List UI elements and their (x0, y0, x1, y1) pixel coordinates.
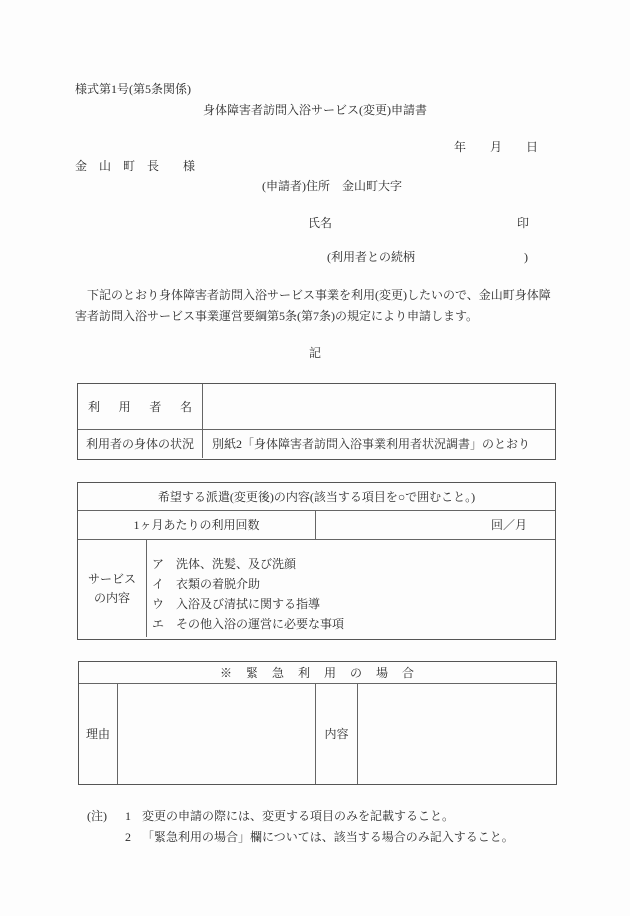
note-2-number: 2 (125, 827, 142, 848)
note-line-1: (注) 1 変更の申請の際には、変更する項目のみを記載すること。 (87, 806, 514, 827)
service-content-label-line1: サービス (88, 570, 136, 589)
service-items-area: ア 洗体、洗髪、及び洗顔 イ 衣類の着脱介助 ウ 入浴及び清拭に関する指導 エ … (147, 540, 555, 637)
application-statement-line1: 下記のとおり身体障害者訪問入浴サービス事業を利用(変更)したいので、金山町身体障 (75, 285, 551, 306)
relation-close-paren: ) (524, 251, 528, 263)
service-content-label-cell: サービス の内容 (78, 540, 147, 637)
service-request-table: 希望する派遣(変更後)の内容(該当する項目を○で囲むこと。) 1ヶ月あたりの利用… (77, 482, 556, 640)
note-prefix: (注) (87, 806, 125, 827)
service-item-i: イ 衣類の着脱介助 (152, 574, 555, 594)
user-name-label: 利 用 者 名 (78, 401, 202, 413)
name-label: 氏名 (308, 217, 332, 229)
emergency-content-label: 内容 (316, 684, 358, 784)
user-condition-value: 別紙2「身体障害者訪問入浴事業利用者状況調書」のとおり (203, 430, 555, 458)
service-request-header: 希望する派遣(変更後)の内容(該当する項目を○で囲むこと。) (78, 483, 555, 511)
monthly-usage-value-area: 回／月 (316, 511, 555, 539)
service-item-e: エ その他入浴の運営に必要な事項 (152, 614, 555, 634)
addressee-line: 金 山 町 長 様 (75, 160, 195, 172)
note-2-text: 「緊急利用の場合」欄については、該当する場合のみ記入すること。 (142, 827, 514, 848)
seal-label: 印 (517, 217, 529, 229)
note-1-text: 変更の申請の際には、変更する項目のみを記載すること。 (142, 806, 454, 827)
user-name-value-area (203, 384, 555, 429)
emergency-reason-label: 理由 (79, 684, 118, 784)
user-info-table: 利 用 者 名 利用者の身体の状況 別紙2「身体障害者訪問入浴事業利用者状況調書… (77, 383, 556, 460)
footer-notes: (注) 1 変更の申請の際には、変更する項目のみを記載すること。 2 「緊急利用… (87, 806, 514, 848)
date-line: 年 月 日 (454, 141, 538, 153)
service-content-label-line2: の内容 (94, 589, 130, 608)
document-title: 身体障害者訪問入浴サービス(変更)申請書 (0, 104, 630, 116)
monthly-usage-unit: 回／月 (491, 519, 527, 531)
re-heading: 記 (0, 347, 630, 359)
emergency-header: ※ 緊 急 利 用 の 場 合 (79, 662, 556, 684)
form-number: 様式第1号(第5条関係) (75, 83, 191, 95)
emergency-content-value-area (358, 684, 556, 784)
note-1-number: 1 (125, 806, 142, 827)
relation-label: (利用者との続柄 (327, 251, 415, 263)
emergency-reason-value-area (118, 684, 316, 784)
service-item-u: ウ 入浴及び清拭に関する指導 (152, 594, 555, 614)
monthly-usage-label: 1ヶ月あたりの利用回数 (78, 511, 316, 539)
note-line-2: 2 「緊急利用の場合」欄については、該当する場合のみ記入すること。 (87, 827, 514, 848)
service-item-a: ア 洗体、洗髪、及び洗顔 (152, 554, 555, 574)
application-statement-line2: 害者訪問入浴サービス事業運営要綱第5条(第7条)の規定により申請します。 (75, 306, 478, 327)
user-condition-label: 利用者の身体の状況 (78, 430, 203, 458)
emergency-table: ※ 緊 急 利 用 の 場 合 理由 内容 (78, 661, 557, 785)
user-name-label-cell: 利 用 者 名 (78, 384, 203, 429)
document-page: 様式第1号(第5条関係) 身体障害者訪問入浴サービス(変更)申請書 年 月 日 … (0, 0, 630, 916)
applicant-address-line: (申請者)住所 金山町大字 (262, 180, 402, 192)
